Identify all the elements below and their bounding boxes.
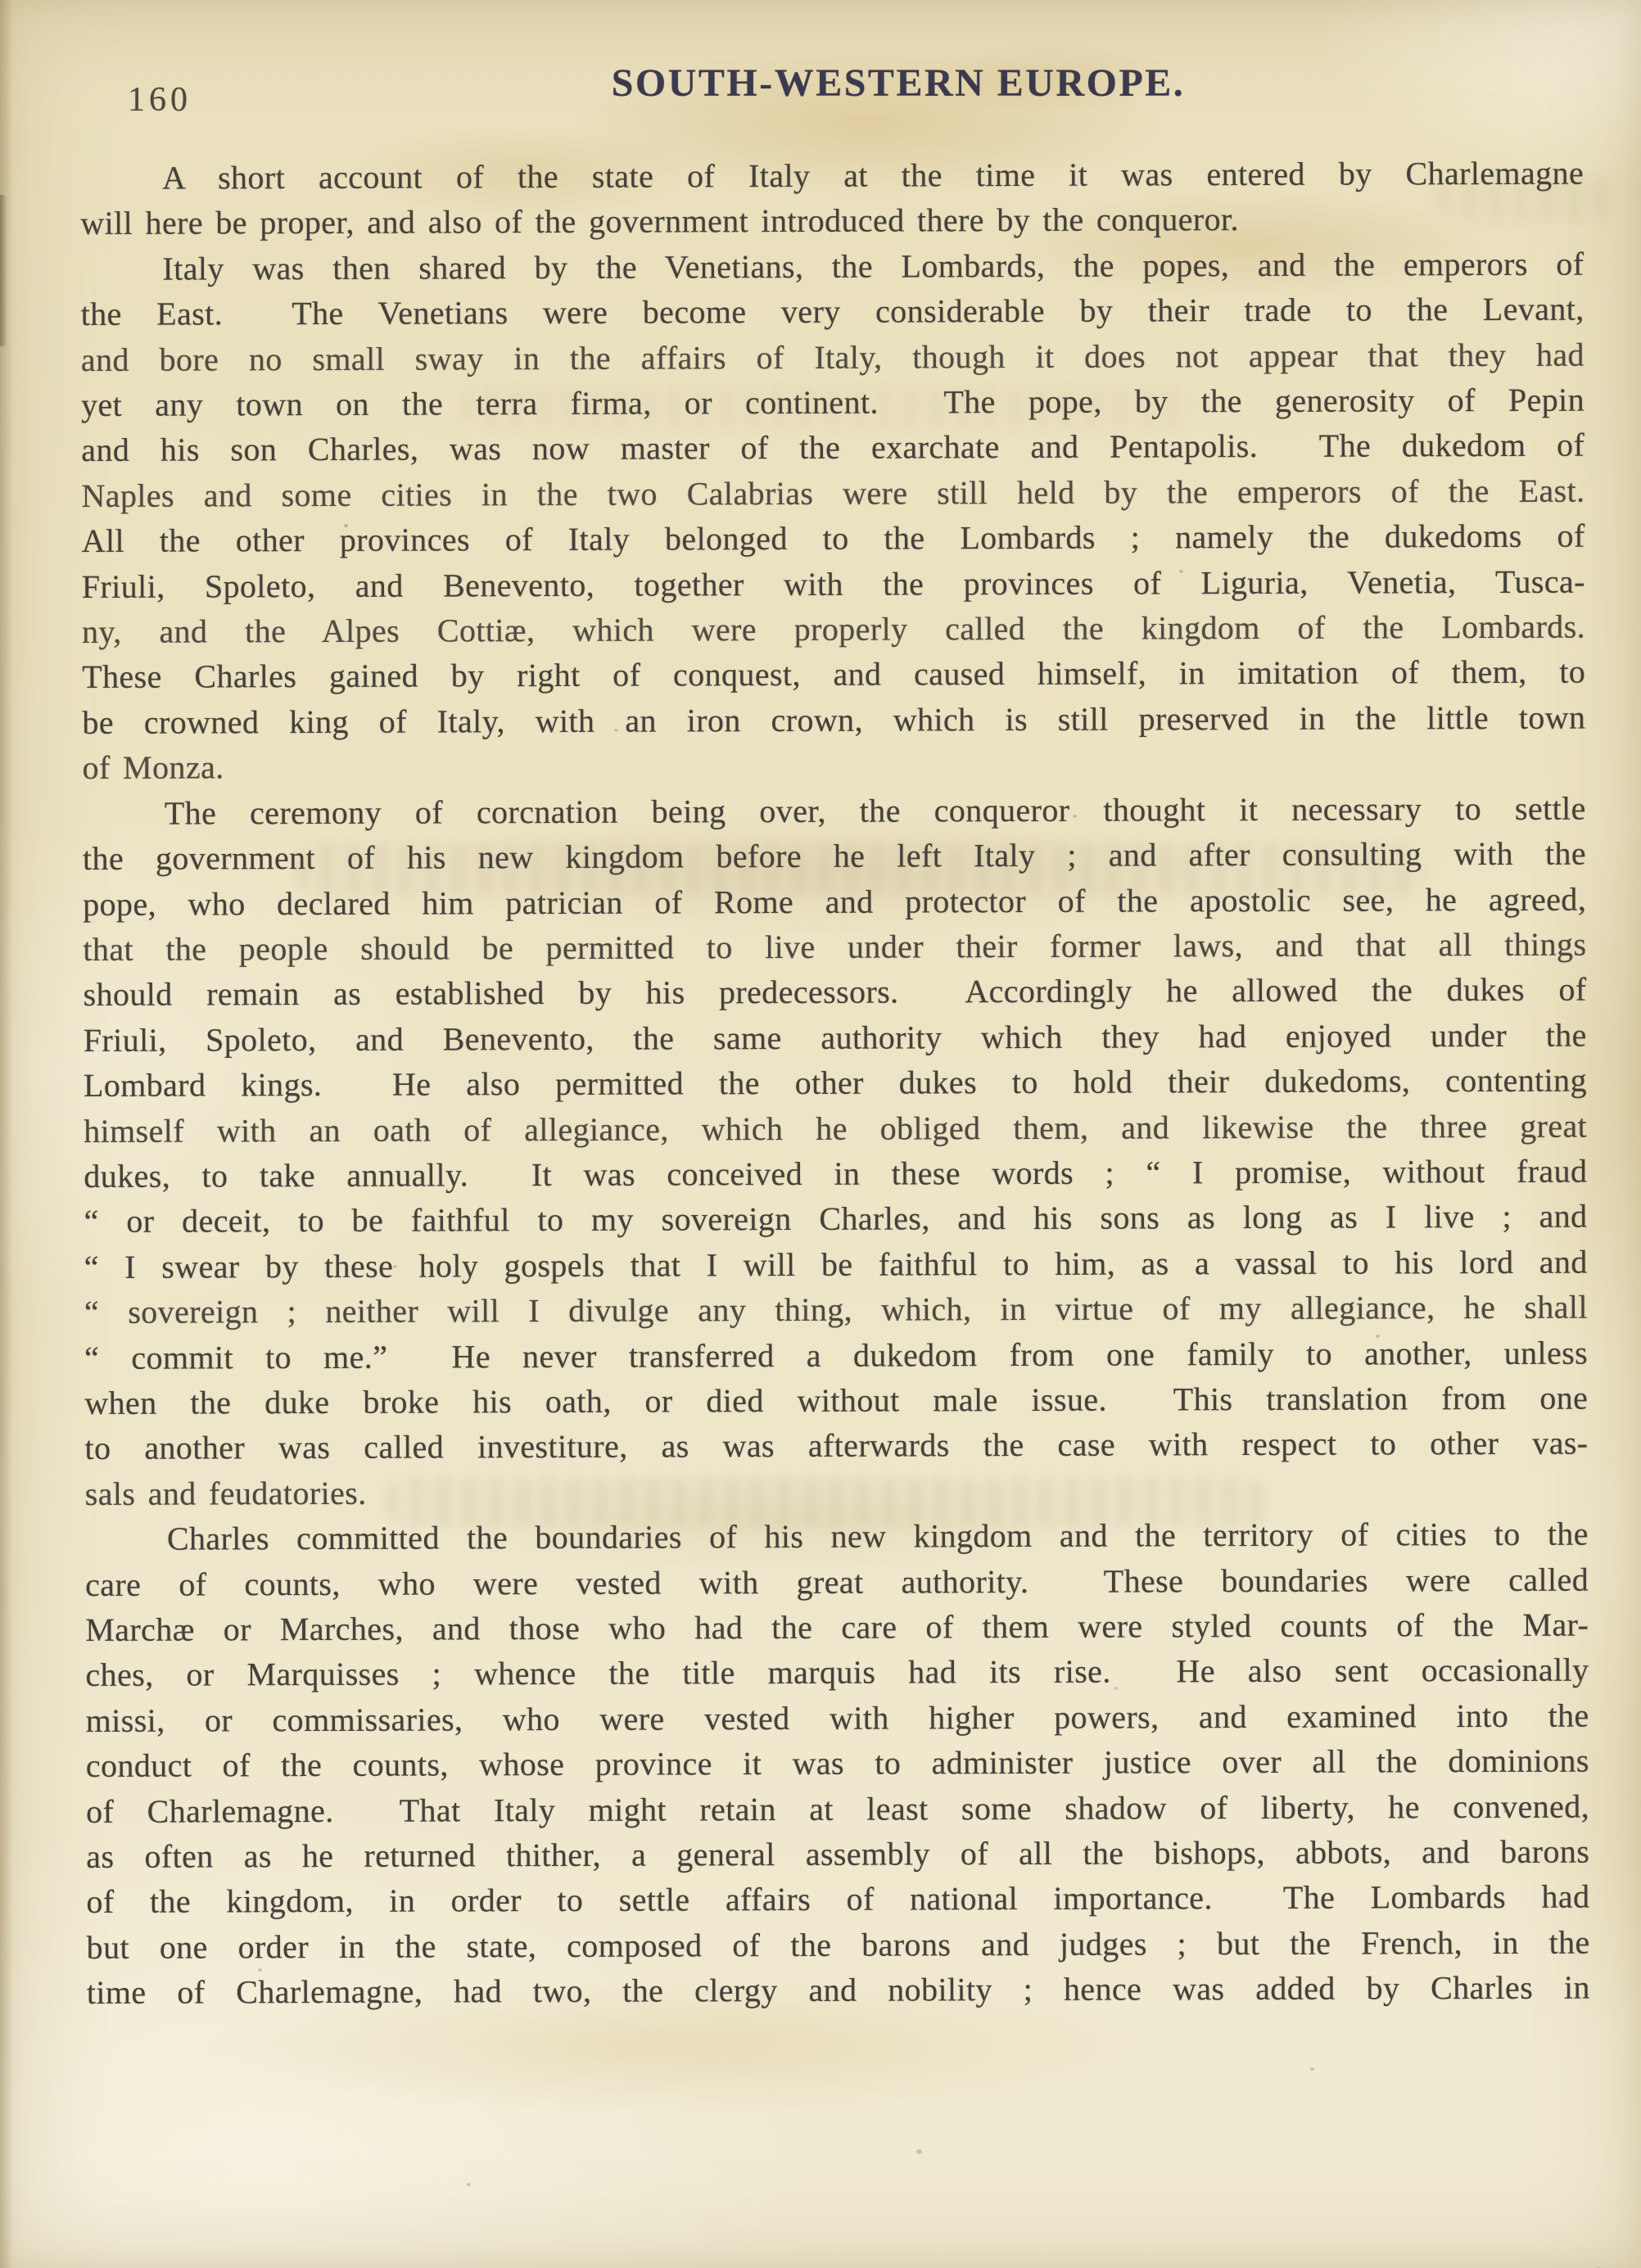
text-line: conduct of the counts, whose province it… xyxy=(86,1738,1589,1789)
text-line: and his son Charles, was now master of t… xyxy=(81,422,1584,473)
text-line: should remain as established by his pred… xyxy=(83,967,1586,1018)
text-line: of the kingdom, in order to settle affai… xyxy=(86,1874,1589,1925)
text-line: pope, who declared him patrician of Rome… xyxy=(83,876,1586,927)
text-line: A short account of the state of Italy at… xyxy=(80,151,1584,201)
text-line: when the duke broke his oath, or died wi… xyxy=(84,1376,1588,1426)
text-line: missi, or commissaries, who were vested … xyxy=(86,1692,1589,1743)
page-left-edge xyxy=(0,0,13,2268)
text-line: All the other provinces of Italy belonge… xyxy=(82,513,1585,564)
text-line: be crowned king of Italy, with an iron c… xyxy=(82,694,1585,745)
text-line: “ commit to me.” He never transferred a … xyxy=(84,1330,1588,1380)
text-line: ches, or Marquisses ; whence the title m… xyxy=(85,1647,1589,1698)
paragraph: The ceremony of corcnation being over, t… xyxy=(83,785,1589,1516)
text-line: time of Charlemagne, had two, the clergy… xyxy=(87,1965,1590,2016)
text-line: The ceremony of corcnation being over, t… xyxy=(83,785,1586,836)
page-title: SOUTH-WESTERN EUROPE. xyxy=(78,61,1641,106)
text-line: but one order in the state, composed of … xyxy=(87,1919,1590,1970)
text-line: of Monza. xyxy=(83,740,1586,791)
text-line: Friuli, Spoleto, and Benevento, together… xyxy=(82,558,1585,609)
text-line: the East. The Venetians were become very… xyxy=(81,287,1584,337)
text-line: to another was called investiture, as wa… xyxy=(84,1421,1588,1471)
text-line: “ or deceit, to be faithful to my sovere… xyxy=(84,1194,1587,1245)
text-line: Naples and some cities in the two Calabr… xyxy=(81,468,1584,518)
text-line: Marchæ or Marches, and those who had the… xyxy=(85,1602,1589,1653)
text-line: These Charles gained by right of conques… xyxy=(82,649,1585,700)
page-edge-shadow xyxy=(0,195,7,346)
text-line: Italy was then shared by the Venetians, … xyxy=(80,241,1584,291)
text-line: that the people should be permitted to l… xyxy=(83,921,1586,972)
text-line: yet any town on the terra firma, or cont… xyxy=(81,377,1584,428)
page-text: A short account of the state of Italy at… xyxy=(80,151,1590,2016)
text-line: Lombard kings. He also permitted the oth… xyxy=(84,1058,1587,1109)
text-line: Charles committed the boundaries of his … xyxy=(85,1511,1589,1562)
text-line: and bore no small sway in the affairs of… xyxy=(81,332,1584,382)
text-line: care of counts, who were vested with gre… xyxy=(85,1556,1589,1607)
book-page-scan: 160 SOUTH-WESTERN EUROPE. A short accoun… xyxy=(0,0,1641,2268)
text-line: as often as he returned thither, a gener… xyxy=(86,1829,1589,1880)
text-line: himself with an oath of allegiance, whic… xyxy=(84,1103,1587,1154)
text-line: ny, and the Alpes Cottiæ, which were pro… xyxy=(82,604,1585,655)
text-line: “ I swear by these holy gospels that I w… xyxy=(84,1239,1588,1290)
paragraph: Charles committed the boundaries of his … xyxy=(85,1511,1590,2016)
text-line: of Charlemagne. That Italy might retain … xyxy=(86,1783,1589,1834)
paragraph: Italy was then shared by the Venetians, … xyxy=(80,241,1585,790)
text-line: “ sovereign ; neither will I divulge any… xyxy=(84,1285,1588,1335)
text-line: the government of his new kingdom before… xyxy=(83,831,1586,882)
text-line: will here be proper, and also of the gov… xyxy=(80,196,1584,246)
text-line: dukes, to take annually. It was conceive… xyxy=(84,1149,1587,1200)
text-line: Friuli, Spoleto, and Benevento, the same… xyxy=(84,1012,1587,1063)
text-line: sals and feudatories. xyxy=(85,1466,1589,1516)
paragraph: A short account of the state of Italy at… xyxy=(80,151,1584,246)
